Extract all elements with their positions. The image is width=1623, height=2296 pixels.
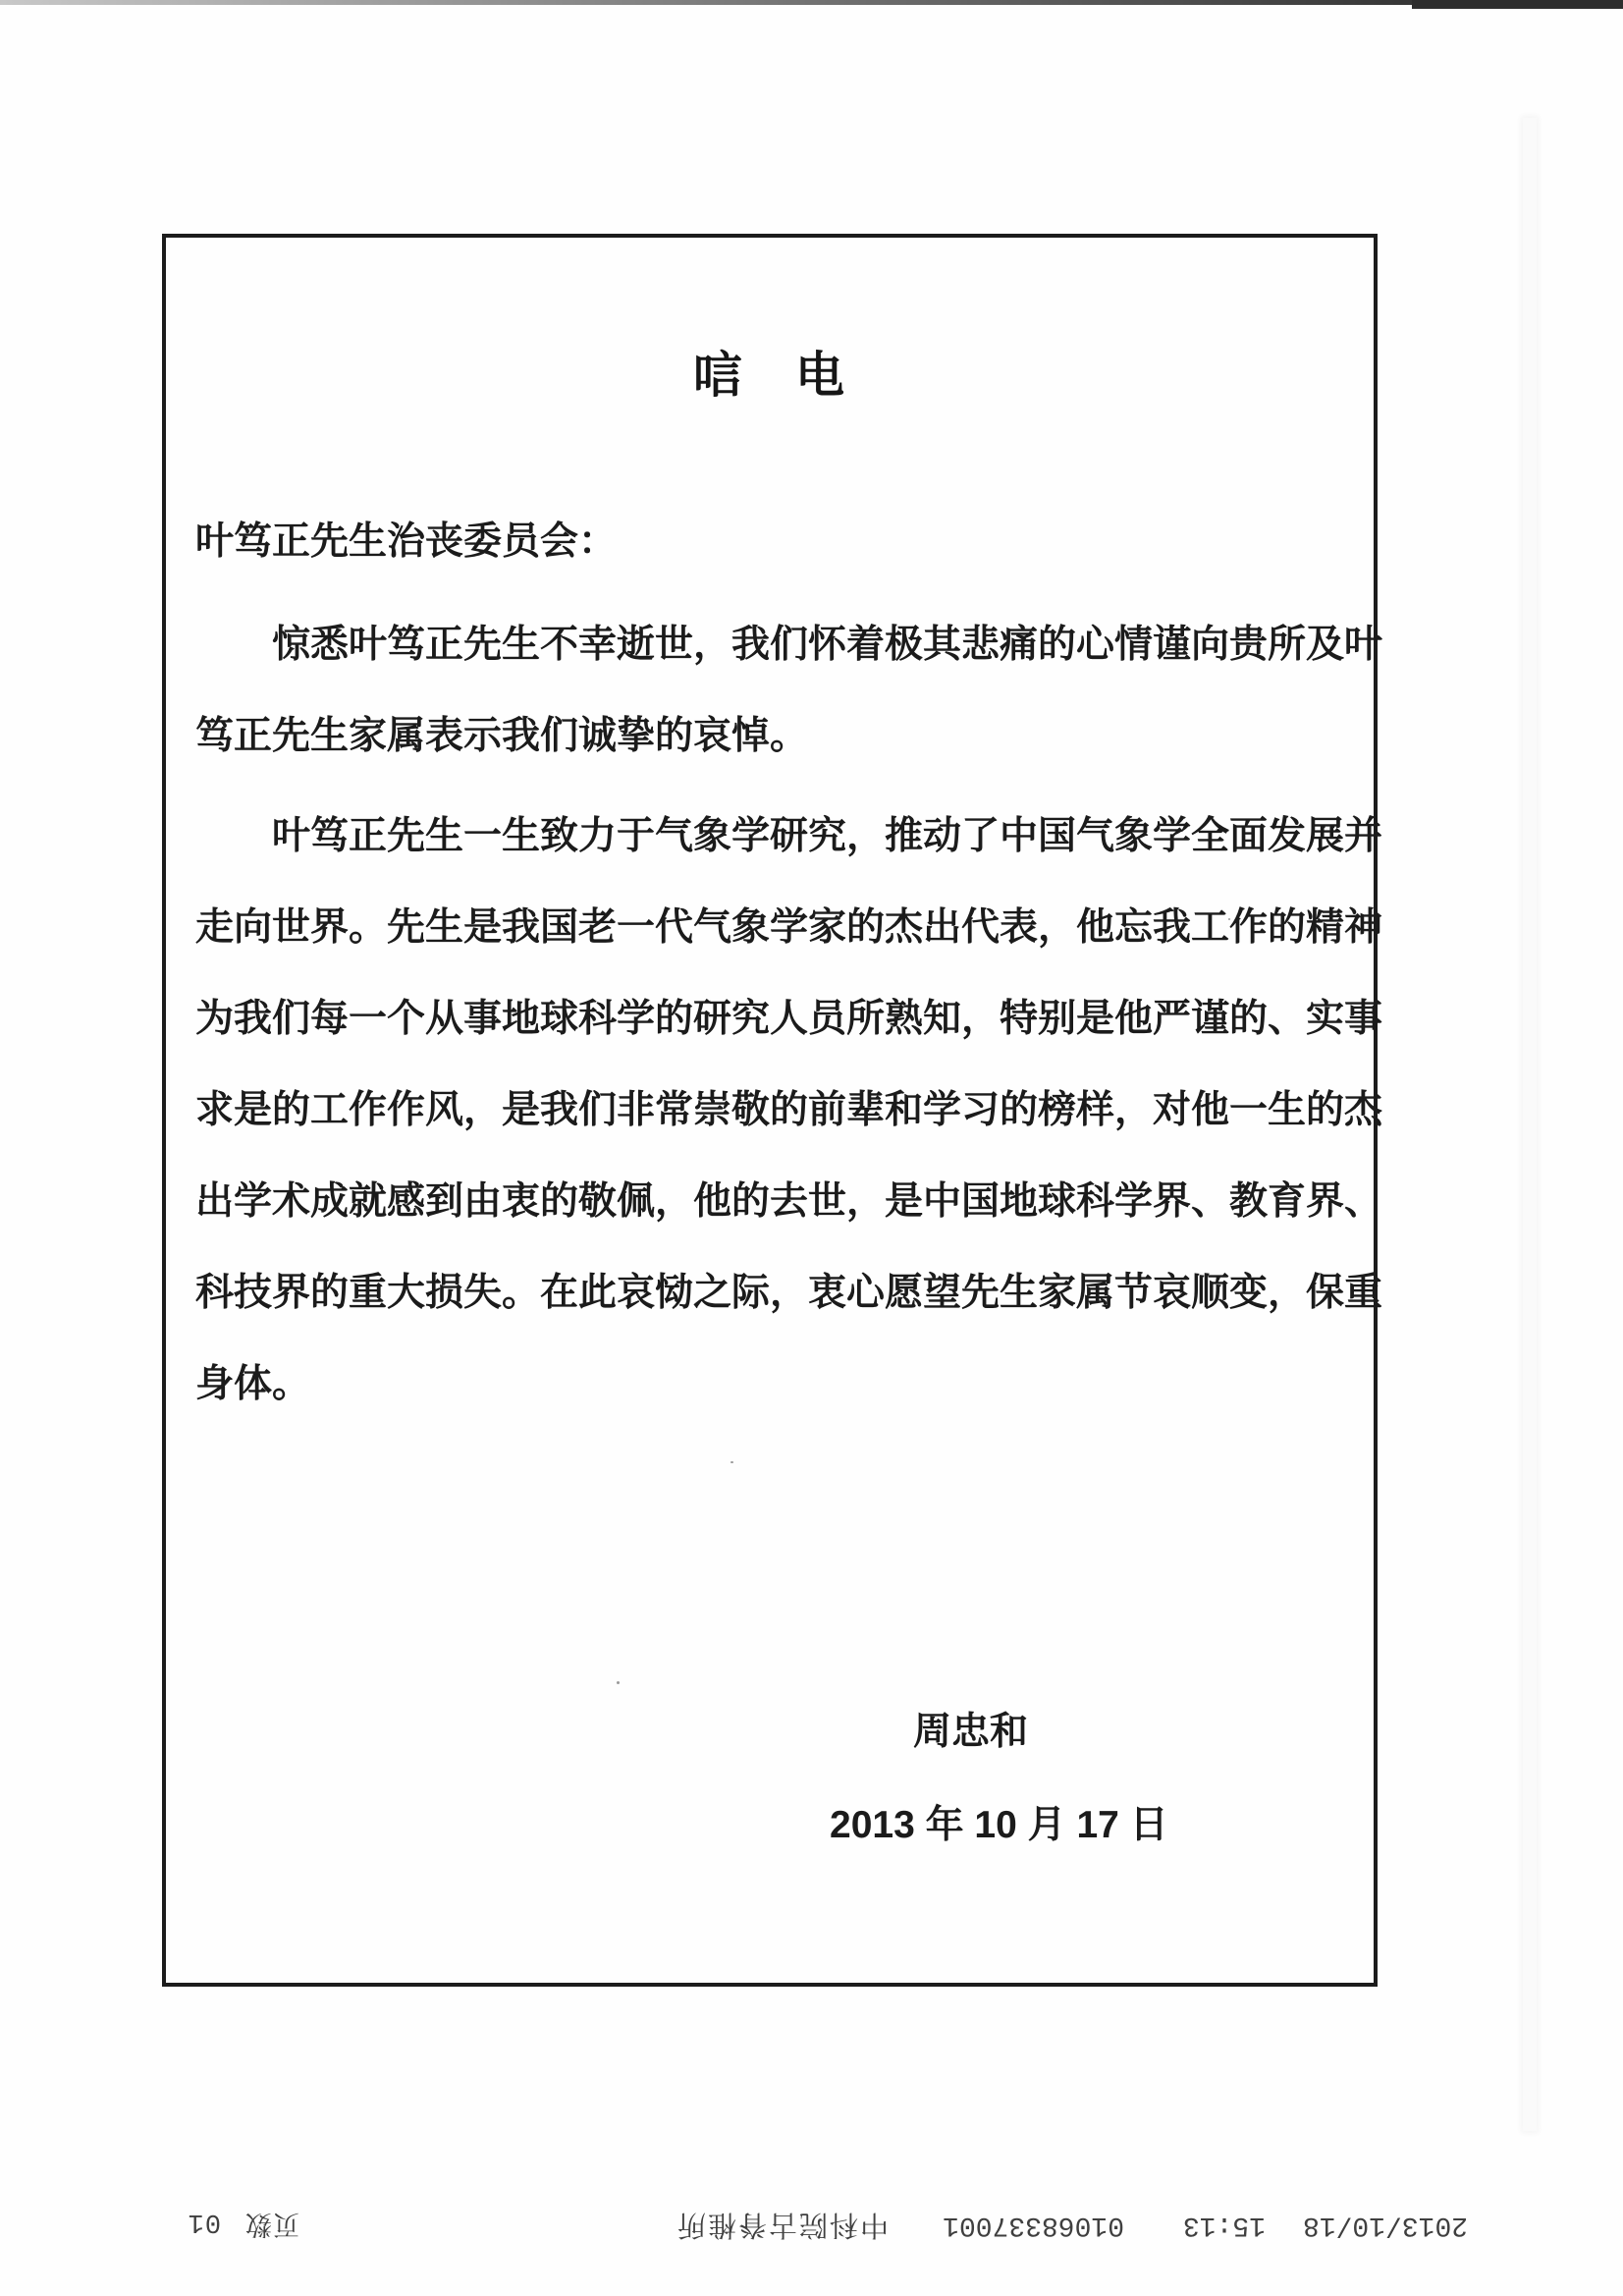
paragraph: 叶笃正先生一生致力于气象学研究，推动了中国气象学全面发展并走向世界。先生是我国老… (195, 791, 1354, 1430)
paragraph: 惊悉叶笃正先生不幸逝世，我们怀着极其悲痛的心情谨向贵所及叶笃正先生家属表示我们诚… (195, 599, 1354, 782)
paragraph-line: 叶笃正先生一生致力于气象学研究，推动了中国气象学全面发展并 (195, 791, 1354, 882)
letter-date: 2013 年 10 月 17 日 (830, 1794, 1168, 1849)
letter-salutation: 叶笃正先生治丧委员会： (195, 522, 617, 561)
paragraph-line: 笃正先生家属表示我们诚挚的哀悼。 (195, 690, 1354, 782)
fax-page-number: 01 (188, 2207, 221, 2236)
paragraph-line: 走向世界。先生是我国老一代气象学家的杰出代表，他忘我工作的精神 (195, 882, 1354, 973)
paragraph-line: 科技界的重大损失。在此哀恸之际，衷心愿望先生家属节哀顺变，保重 (195, 1247, 1354, 1339)
paragraph-line: 惊悉叶笃正先生不幸逝世，我们怀着极其悲痛的心情谨向贵所及叶 (195, 599, 1354, 690)
scan-artifact-top-edge (0, 0, 1623, 5)
fax-sender-name: 中科院古脊椎所 (676, 2190, 889, 2259)
fax-page-count: 页数01 (188, 2190, 299, 2259)
fax-time: 15:13 (1183, 2210, 1266, 2240)
fax-page-label: 页数 (244, 2210, 299, 2239)
paragraph-line: 身体。 (195, 1339, 1354, 1430)
scan-artifact-right-band (1523, 118, 1537, 2131)
letter-frame-border: 唁 电 叶笃正先生治丧委员会： 惊悉叶笃正先生不幸逝世，我们怀着极其悲痛的心情谨… (162, 234, 1378, 1987)
paragraph-line: 为我们每一个从事地球科学的研究人员所熟知，特别是他严谨的、实事 (195, 973, 1354, 1065)
letter-body: 惊悉叶笃正先生不幸逝世，我们怀着极其悲痛的心情谨向贵所及叶笃正先生家属表示我们诚… (195, 599, 1354, 1430)
paragraph-line: 求是的工作作风，是我们非常崇敬的前辈和学习的榜样，对他一生的杰 (195, 1065, 1354, 1156)
paragraph-line: 出学术成就感到由衷的敬佩，他的去世，是中国地球科学界、教育界、 (195, 1156, 1354, 1247)
fax-date: 2013/10/18 (1303, 2210, 1468, 2240)
letter-signature: 周忠和 (913, 1701, 1028, 1756)
scanned-letter-page: 唁 电 叶笃正先生治丧委员会： 惊悉叶笃正先生不幸逝世，我们怀着极其悲痛的心情谨… (0, 0, 1623, 2296)
fax-transmission-footer: 2013/10/1815:1301068337001 中科院古脊椎所 页数01 (0, 2190, 1623, 2259)
scan-artifact-top-right-blob (1412, 0, 1623, 9)
fax-timestamp-group: 2013/10/1815:1301068337001 (943, 2190, 1468, 2259)
letter-title: 唁 电 (166, 336, 1374, 407)
fax-number: 01068337001 (943, 2210, 1124, 2240)
